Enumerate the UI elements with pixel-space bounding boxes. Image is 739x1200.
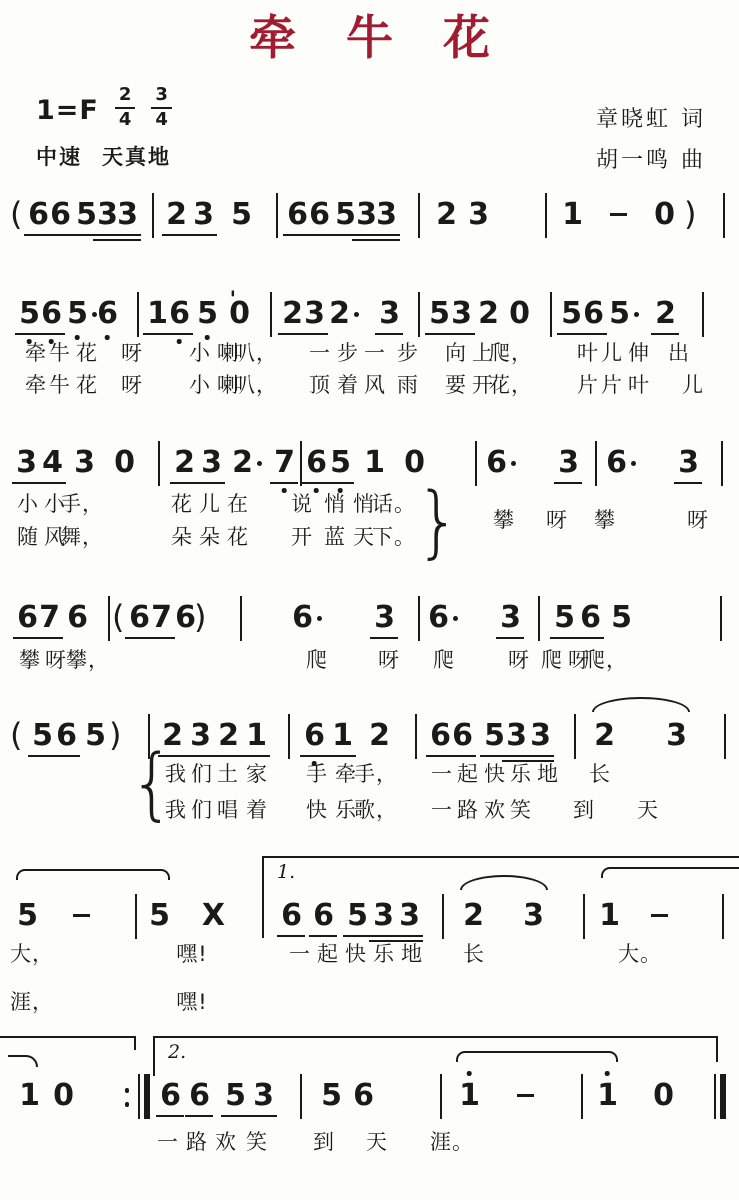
beam-underline: [372, 234, 400, 236]
lyric-syllable: 叭，: [234, 337, 278, 367]
barline: [724, 714, 726, 759]
note: 6: [156, 1079, 184, 1113]
low-octave-dot: [282, 488, 287, 493]
note: 0: [110, 446, 138, 480]
lyric-syllable: 爬，: [584, 644, 628, 674]
lyric-syllable: 叭，: [234, 369, 278, 399]
note: 6: [165, 297, 193, 331]
note-digit: 0: [505, 297, 533, 331]
beam-underline: [46, 234, 74, 236]
note-digit: 3: [674, 446, 702, 480]
note-digit: 1: [328, 719, 356, 753]
volta-right-edge: [716, 1036, 718, 1062]
lyric-syllable: 大，: [10, 938, 54, 968]
lyric-syllable: 小: [189, 337, 211, 367]
note-digit: 3: [519, 899, 547, 933]
note-digit: 5: [343, 899, 371, 933]
note: 3: [519, 899, 547, 933]
note-digit: 6: [349, 1079, 377, 1113]
lyric-syllable: 风: [364, 369, 386, 399]
note-digit: 6: [424, 601, 452, 635]
note: 6: [424, 601, 452, 635]
beam-underline: [651, 333, 679, 335]
note: 3: [70, 446, 98, 480]
note: 1: [242, 719, 270, 753]
note-digit: 5: [605, 297, 633, 331]
lyric-syllable: 朵: [171, 521, 193, 551]
beam-underline: [395, 935, 423, 937]
note-digit: 6: [448, 719, 476, 753]
lyric-syllable: 爬: [541, 644, 563, 674]
note: 6: [93, 297, 121, 331]
lyric-syllable: 一: [157, 1126, 179, 1156]
beam-underline: [156, 1115, 184, 1117]
beam-underline: [328, 755, 356, 757]
augmentation-dot: [317, 616, 322, 621]
augmentation-dot: [631, 461, 636, 466]
lyric-syllable: 嘿!: [176, 986, 207, 1016]
lyric-syllable: 伸: [628, 337, 650, 367]
note-digit: 3: [197, 446, 225, 480]
dash-note: [610, 213, 627, 216]
note-digit: 2: [590, 719, 618, 753]
beam-underline: [554, 482, 582, 484]
note: 3: [395, 899, 423, 933]
note: 1: [15, 1079, 43, 1113]
thick-barline: [144, 1074, 150, 1119]
lyric-syllable: 快: [345, 938, 367, 968]
lyric-syllable: 小: [17, 488, 39, 518]
lyric-syllable: 攀，: [66, 644, 110, 674]
note: 3: [300, 297, 328, 331]
barline: [702, 292, 704, 337]
beam-underline: [674, 482, 702, 484]
lyric-syllable: 长: [463, 938, 485, 968]
note: 5: [605, 297, 633, 331]
lyric-syllable: 儿: [682, 369, 704, 399]
note: 5: [145, 899, 173, 933]
note: 6: [288, 601, 316, 635]
lyric-syllable: 们: [191, 794, 213, 824]
note: 6: [482, 446, 510, 480]
note-digit: 3: [554, 446, 582, 480]
note-digit: 6: [93, 297, 121, 331]
barline: [723, 193, 725, 238]
volta-left-edge: [153, 1036, 155, 1076]
note-digit: 6: [305, 198, 333, 232]
note: 6: [185, 1079, 213, 1113]
beam-underline: [375, 333, 403, 335]
note: 3: [464, 198, 492, 232]
barline: [581, 1074, 583, 1119]
lyric-syllable: 片: [577, 369, 599, 399]
note-digit: 3: [186, 719, 214, 753]
augmentation-dot: [354, 312, 359, 317]
volta-line: [0, 1036, 136, 1038]
lyric-syllable: 小: [189, 369, 211, 399]
lyric-syllable: 爬: [306, 644, 328, 674]
lyric-syllable: 向: [445, 337, 467, 367]
note: 1: [558, 198, 586, 232]
lyric-syllable: 儿: [601, 337, 623, 367]
note-digit: 1: [455, 1079, 483, 1113]
note: 5: [550, 601, 578, 635]
lyric-syllable: 爬，: [489, 337, 533, 367]
lyric-syllable: 土: [217, 758, 239, 788]
note-digit: 2: [214, 719, 242, 753]
note-digit: 1: [360, 446, 388, 480]
beam-underline: [326, 482, 354, 484]
barline: [550, 292, 552, 337]
note-digit: 3: [113, 198, 141, 232]
lyric-syllable: 说: [291, 488, 313, 518]
lyric-syllable: 在: [227, 488, 249, 518]
note-digit: 2: [365, 719, 393, 753]
note-digit: 3: [375, 297, 403, 331]
note-digit: 2: [228, 446, 256, 480]
lyric-syllable: 欢: [215, 1126, 237, 1156]
barline: [545, 193, 547, 238]
lyric-syllable: 呀: [687, 504, 709, 534]
note: 3: [197, 446, 225, 480]
note-digit: 1: [593, 1079, 621, 1113]
barline: [442, 894, 444, 939]
parenthesis: (: [10, 196, 22, 232]
beam-underline: [305, 234, 333, 236]
lyric-syllable: 快: [306, 794, 328, 824]
note: 3: [189, 198, 217, 232]
augmentation-dot: [634, 312, 639, 317]
note-digit: X: [199, 899, 227, 933]
note-digit: 6: [288, 601, 316, 635]
beam-underline: [242, 755, 270, 757]
beam-underline: [186, 755, 214, 757]
lyric-syllable: 雨: [397, 369, 419, 399]
note-digit: 7: [270, 446, 298, 480]
barline: [137, 292, 139, 337]
note-digit: 2: [459, 899, 487, 933]
beam-underline: [369, 935, 397, 937]
beam-underline: [526, 755, 554, 757]
lyric-syllable: 乐: [373, 938, 395, 968]
note-digit: 6: [277, 899, 305, 933]
lyric-syllable: 呀: [121, 369, 143, 399]
beam-underline: [214, 755, 242, 757]
note: 7: [270, 446, 298, 480]
note: 3: [662, 719, 690, 753]
lyric-syllable: 一: [309, 337, 331, 367]
lyric-syllable: 一: [364, 337, 386, 367]
note: 6: [349, 1079, 377, 1113]
parenthesis: ): [684, 196, 696, 232]
note-digit: 5: [317, 1079, 345, 1113]
lyric-syllable: 欢: [484, 794, 506, 824]
beam-underline: [221, 1115, 249, 1117]
note: 5: [63, 297, 91, 331]
low-octave-dot: [105, 335, 110, 340]
lyric-syllable: 乐: [510, 758, 532, 788]
lyric-syllable: 花，: [489, 369, 533, 399]
note: 3: [12, 446, 40, 480]
lyric-syllable: 攀: [493, 504, 515, 534]
lyric-syllable: 花: [227, 521, 249, 551]
lyric-syllable: 儿: [199, 488, 221, 518]
note-digit: 6: [46, 198, 74, 232]
volta-right-edge: [134, 1036, 136, 1050]
dash-note: [651, 914, 668, 917]
barline: [152, 193, 154, 238]
note: 2: [162, 198, 190, 232]
note: 5: [326, 446, 354, 480]
note: 5: [317, 1079, 345, 1113]
note-digit: 7: [35, 601, 63, 635]
note-digit: 6: [482, 446, 510, 480]
note: 4: [38, 446, 66, 480]
lyric-syllable: 到: [313, 1126, 335, 1156]
lyric-syllable: 叶: [628, 369, 650, 399]
note: 1: [328, 719, 356, 753]
note: 3: [249, 1079, 277, 1113]
low-octave-dot: [177, 339, 182, 344]
note: 1: [595, 899, 623, 933]
lyric-syllable: 手，: [354, 758, 398, 788]
lyric-syllable: 牵: [25, 337, 47, 367]
note-digit: 5: [227, 198, 255, 232]
barline: [138, 1074, 140, 1119]
note-digit: 0: [110, 446, 138, 480]
beam-underline: [38, 482, 66, 484]
beam-underline: [550, 637, 578, 639]
lyric-syllable: 步: [337, 337, 359, 367]
note-digit: 3: [662, 719, 690, 753]
score: (66533235665332310)5656165'0232353205652…: [0, 0, 739, 1200]
note-digit: 2: [651, 297, 679, 331]
dash-note: [517, 1094, 534, 1097]
note: 2: [590, 719, 618, 753]
beam-underline: [113, 239, 141, 241]
thick-barline: [720, 1074, 726, 1119]
note: 2: [228, 446, 256, 480]
lyric-syllable: 起: [457, 758, 479, 788]
beam-underline: [162, 234, 190, 236]
tie: [601, 867, 739, 878]
lyric-syllable: 呀: [121, 337, 143, 367]
barline: [415, 714, 417, 759]
beam-underline: [448, 755, 476, 757]
repeat-dot: [125, 1088, 130, 1093]
lyric-syllable: 一: [431, 794, 453, 824]
note-digit: 3: [189, 198, 217, 232]
beam-underline: [52, 755, 80, 757]
beam-underline: [372, 239, 400, 241]
lyric-syllable: 攀: [19, 644, 41, 674]
volta-label: 2.: [168, 1041, 186, 1063]
note: 6: [602, 446, 630, 480]
note: 0: [225, 297, 253, 331]
lyric-syllable: 片: [601, 369, 623, 399]
note: 2: [325, 297, 353, 331]
lyric-syllable: 天: [366, 1126, 388, 1156]
note-digit: 3: [496, 601, 524, 635]
note-digit: 5: [81, 719, 109, 753]
lyric-syllable: 长: [589, 758, 611, 788]
note: 6: [37, 297, 65, 331]
lyric-syllable: 笑: [246, 1126, 268, 1156]
tie: [456, 1051, 618, 1062]
volta-left-edge: [262, 856, 264, 938]
beam-underline: [576, 637, 604, 639]
note-digit: 5: [607, 601, 635, 635]
augmentation-dot: [511, 461, 516, 466]
note-digit: 3: [464, 198, 492, 232]
beam-underline: [185, 1115, 213, 1117]
note-digit: 0: [650, 198, 678, 232]
note: 0: [505, 297, 533, 331]
barline: [276, 193, 278, 238]
barline: [418, 193, 420, 238]
note-digit: 6: [63, 601, 91, 635]
beam-underline: [147, 637, 175, 639]
note-digit: 6: [576, 601, 604, 635]
note: 2: [474, 297, 502, 331]
note-digit: 4: [38, 446, 66, 480]
barline: [108, 596, 110, 641]
note: 2: [170, 446, 198, 480]
beam-underline: [270, 482, 298, 484]
note-digit: 6: [602, 446, 630, 480]
lyric-syllable: 呀: [378, 644, 400, 674]
barline: [595, 441, 597, 486]
barline: [714, 1074, 716, 1119]
note-digit: 0: [649, 1079, 677, 1113]
beam-underline: [370, 637, 398, 639]
note-digit: 3: [447, 297, 475, 331]
lyric-syllable: 起: [317, 938, 339, 968]
note-digit: 2: [325, 297, 353, 331]
note: 2: [651, 297, 679, 331]
barline: [720, 596, 722, 641]
lyric-brace: {: [130, 744, 175, 822]
note: 1: [455, 1079, 483, 1113]
note: 2: [365, 719, 393, 753]
barline: [240, 596, 242, 641]
lyric-syllable: 蓝: [324, 521, 346, 551]
volta-label: 1.: [277, 861, 295, 883]
beam-underline: [309, 935, 337, 937]
note: 3: [370, 601, 398, 635]
note: 1: [593, 1079, 621, 1113]
beam-underline: [170, 482, 198, 484]
note: 3: [186, 719, 214, 753]
tie-arc: [592, 697, 690, 712]
note: 6: [277, 899, 305, 933]
note: 0: [49, 1079, 77, 1113]
note: 0: [650, 198, 678, 232]
note-digit: 2: [170, 446, 198, 480]
note: 6: [448, 719, 476, 753]
lyric-syllable: 朵: [199, 521, 221, 551]
note-digit: 3: [395, 899, 423, 933]
lyric-syllable: 舞，: [60, 521, 104, 551]
barline: [475, 441, 477, 486]
note: 6: [305, 198, 333, 232]
lyric-syllable: 一: [431, 758, 453, 788]
lyric-syllable: 路: [457, 794, 479, 824]
lyric-syllable: 话。: [372, 488, 416, 518]
note-digit: 0: [225, 297, 253, 331]
high-octave-dot: [605, 1071, 610, 1076]
barline: [418, 596, 420, 641]
note-digit: 5: [550, 601, 578, 635]
note-digit: 3: [12, 446, 40, 480]
note-digit: 3: [370, 601, 398, 635]
beam-underline: [343, 935, 371, 937]
lyric-syllable: 随: [17, 521, 39, 551]
parenthesis: (: [10, 717, 22, 753]
note-digit: 1: [558, 198, 586, 232]
lyric-syllable: 顶: [309, 369, 331, 399]
lyric-syllable: 着: [246, 794, 268, 824]
note-digit: 6: [52, 719, 80, 753]
lyric-syllable: 呀: [508, 644, 530, 674]
lyric-syllable: 歌，: [354, 794, 398, 824]
note: 6: [46, 198, 74, 232]
parenthesis: ): [109, 717, 121, 753]
lyric-syllable: 花: [76, 369, 98, 399]
barline: [538, 596, 540, 641]
note: 1: [360, 446, 388, 480]
note-digit: 5: [326, 446, 354, 480]
beam-underline: [249, 1115, 277, 1117]
note-digit: 6: [300, 719, 328, 753]
beam-underline: [277, 935, 305, 937]
note: 7: [35, 601, 63, 635]
beam-underline: [113, 234, 141, 236]
parenthesis: (: [112, 599, 124, 635]
beam-underline: [496, 637, 524, 639]
note: 5': [193, 297, 221, 331]
note-digit: 6: [309, 899, 337, 933]
augmentation-dot: [453, 616, 458, 621]
note: 6: [576, 601, 604, 635]
note: 0: [649, 1079, 677, 1113]
note: 3: [447, 297, 475, 331]
note: X: [199, 899, 227, 933]
note-digit: 5: [63, 297, 91, 331]
barline: [288, 714, 290, 759]
lyric-syllable: 天: [637, 794, 659, 824]
note-digit: 2: [162, 198, 190, 232]
lyric-syllable: 手: [306, 758, 328, 788]
high-octave-dot: [467, 1071, 472, 1076]
note-digit: 5: [13, 899, 41, 933]
note-digit: 1: [242, 719, 270, 753]
lyric-syllable: 着: [337, 369, 359, 399]
note: 6: [579, 297, 607, 331]
lyric-syllable: 嘿!: [176, 938, 207, 968]
note: 5: [607, 601, 635, 635]
note-digit: 2: [474, 297, 502, 331]
beam-underline: [300, 333, 328, 335]
note: 3: [369, 899, 397, 933]
lyric-syllable: 们: [191, 758, 213, 788]
note: 3: [526, 719, 554, 753]
beam-underline: [165, 333, 193, 335]
barline: [270, 292, 272, 337]
note-digit: 6: [185, 1079, 213, 1113]
tie: [16, 869, 170, 880]
volta-line: [262, 856, 739, 858]
